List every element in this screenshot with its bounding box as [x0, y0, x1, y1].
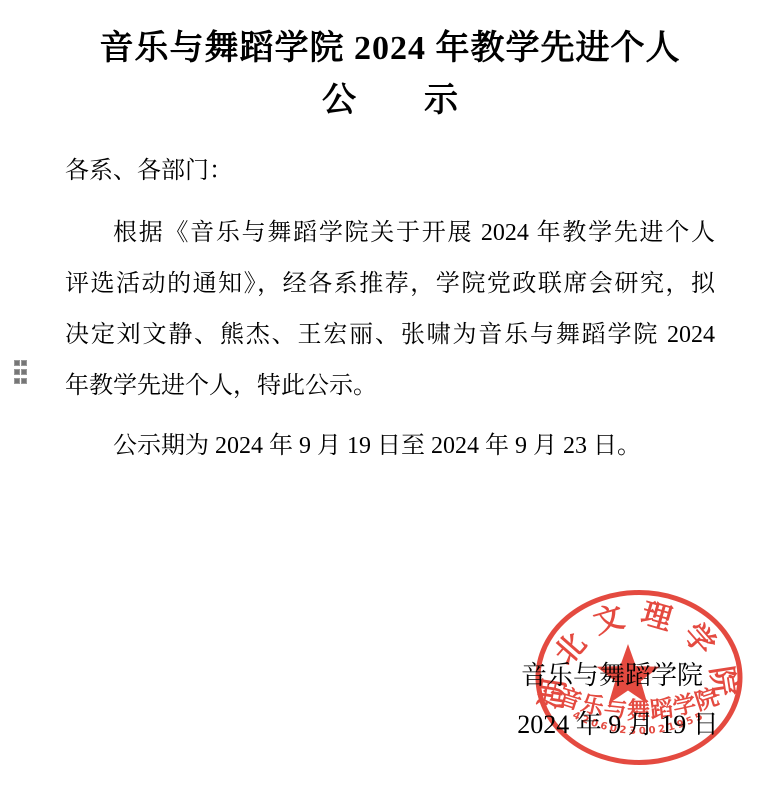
drag-handle-dot — [22, 361, 26, 365]
document-body: 各系、各部门： 根据《音乐与舞蹈学院关于开展 2024 年教学先进个人 评选活动… — [65, 146, 715, 472]
body-line: 年教学先进个人，特此公示。 — [65, 361, 715, 412]
publicity-period-line: 公示期为 2024 年 9 月 19 日至 2024 年 9 月 23 日。 — [65, 421, 715, 472]
signature-organization: 音乐与舞蹈学院 — [517, 655, 707, 692]
document-title-line2: 公 示 — [0, 72, 780, 121]
drag-handle-dot — [15, 379, 19, 383]
body-line: 评选活动的通知》，经各系推荐，学院党政联席会研究，拟 — [65, 259, 715, 310]
announcement-document: 音乐与舞蹈学院 2024 年教学先进个人 公 示 各系、各部门： 根据《音乐与舞… — [0, 0, 780, 791]
drag-handle-icon[interactable] — [15, 361, 26, 383]
body-line: 决定刘文静、熊杰、王宏丽、张啸为音乐与舞蹈学院 2024 — [65, 310, 715, 361]
drag-handle-dot — [22, 370, 26, 374]
salutation: 各系、各部门： — [65, 146, 715, 197]
signature-date: 2024 年 9 月 19 日 — [513, 704, 723, 741]
body-line: 根据《音乐与舞蹈学院关于开展 2024 年教学先进个人 — [65, 208, 715, 259]
drag-handle-dot — [22, 379, 26, 383]
document-title-line1: 音乐与舞蹈学院 2024 年教学先进个人 — [0, 20, 780, 69]
drag-handle-dot — [15, 370, 19, 374]
drag-handle-dot — [15, 361, 19, 365]
